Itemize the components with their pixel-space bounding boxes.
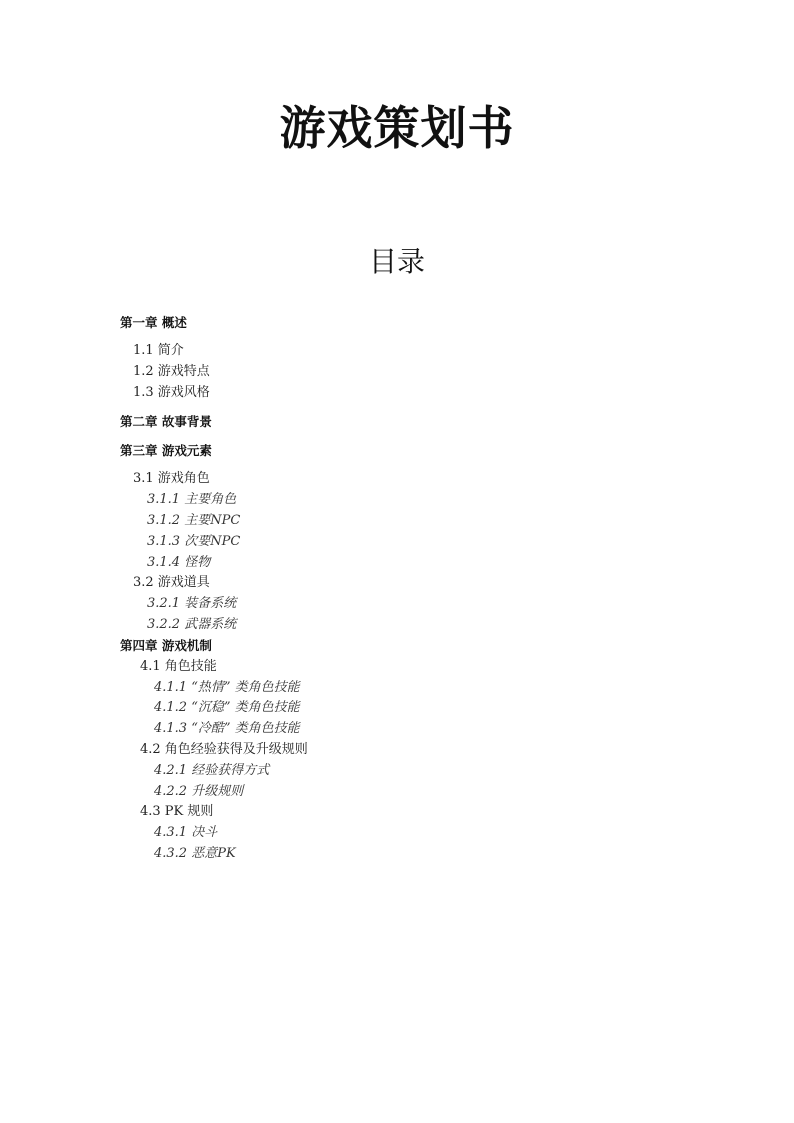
toc-section-entry[interactable]: 4.1 角色技能	[140, 658, 217, 676]
toc-heading: 目录	[0, 242, 794, 282]
toc-section-entry[interactable]: 4.2 角色经验获得及升级规则	[140, 741, 308, 759]
toc-chapter-entry[interactable]: 第二章 故事背景	[120, 413, 212, 431]
toc-chapter-entry[interactable]: 第三章 游戏元素	[120, 442, 212, 460]
document-title: 游戏策划书	[0, 98, 794, 158]
toc-section-entry[interactable]: 1.1 简介	[133, 342, 184, 360]
toc-section-entry[interactable]: 3.2 游戏道具	[133, 574, 210, 592]
toc-subsection-entry[interactable]: 3.1.4 怪物	[147, 554, 210, 572]
toc-subsection-entry[interactable]: 4.3.2 恶意PK	[154, 845, 236, 863]
toc-subsection-entry[interactable]: 4.1.3 “冷酷” 类角色技能	[154, 720, 300, 738]
toc-section-entry[interactable]: 1.3 游戏风格	[133, 384, 210, 402]
toc-subsection-entry[interactable]: 3.1.1 主要角色	[147, 491, 236, 509]
toc-subsection-entry[interactable]: 3.1.3 次要NPC	[147, 533, 240, 551]
toc-subsection-entry[interactable]: 4.1.1 “热情” 类角色技能	[154, 679, 300, 697]
toc-chapter-entry[interactable]: 第一章 概述	[120, 314, 187, 332]
toc-section-entry[interactable]: 1.2 游戏特点	[133, 363, 210, 381]
toc-section-entry[interactable]: 4.3 PK 规则	[140, 803, 213, 821]
toc-subsection-entry[interactable]: 4.2.1 经验获得方式	[154, 762, 269, 780]
toc-subsection-entry[interactable]: 4.3.1 决斗	[154, 824, 217, 842]
toc-subsection-entry[interactable]: 3.2.1 装备系统	[147, 595, 236, 613]
toc-subsection-entry[interactable]: 3.2.2 武器系统	[147, 616, 236, 634]
toc-subsection-entry[interactable]: 4.2.2 升级规则	[154, 783, 243, 801]
toc-subsection-entry[interactable]: 4.1.2 “沉稳” 类角色技能	[154, 699, 300, 717]
toc-subsection-entry[interactable]: 3.1.2 主要NPC	[147, 512, 240, 530]
toc-chapter-entry[interactable]: 第四章 游戏机制	[120, 637, 212, 655]
toc-section-entry[interactable]: 3.1 游戏角色	[133, 470, 210, 488]
